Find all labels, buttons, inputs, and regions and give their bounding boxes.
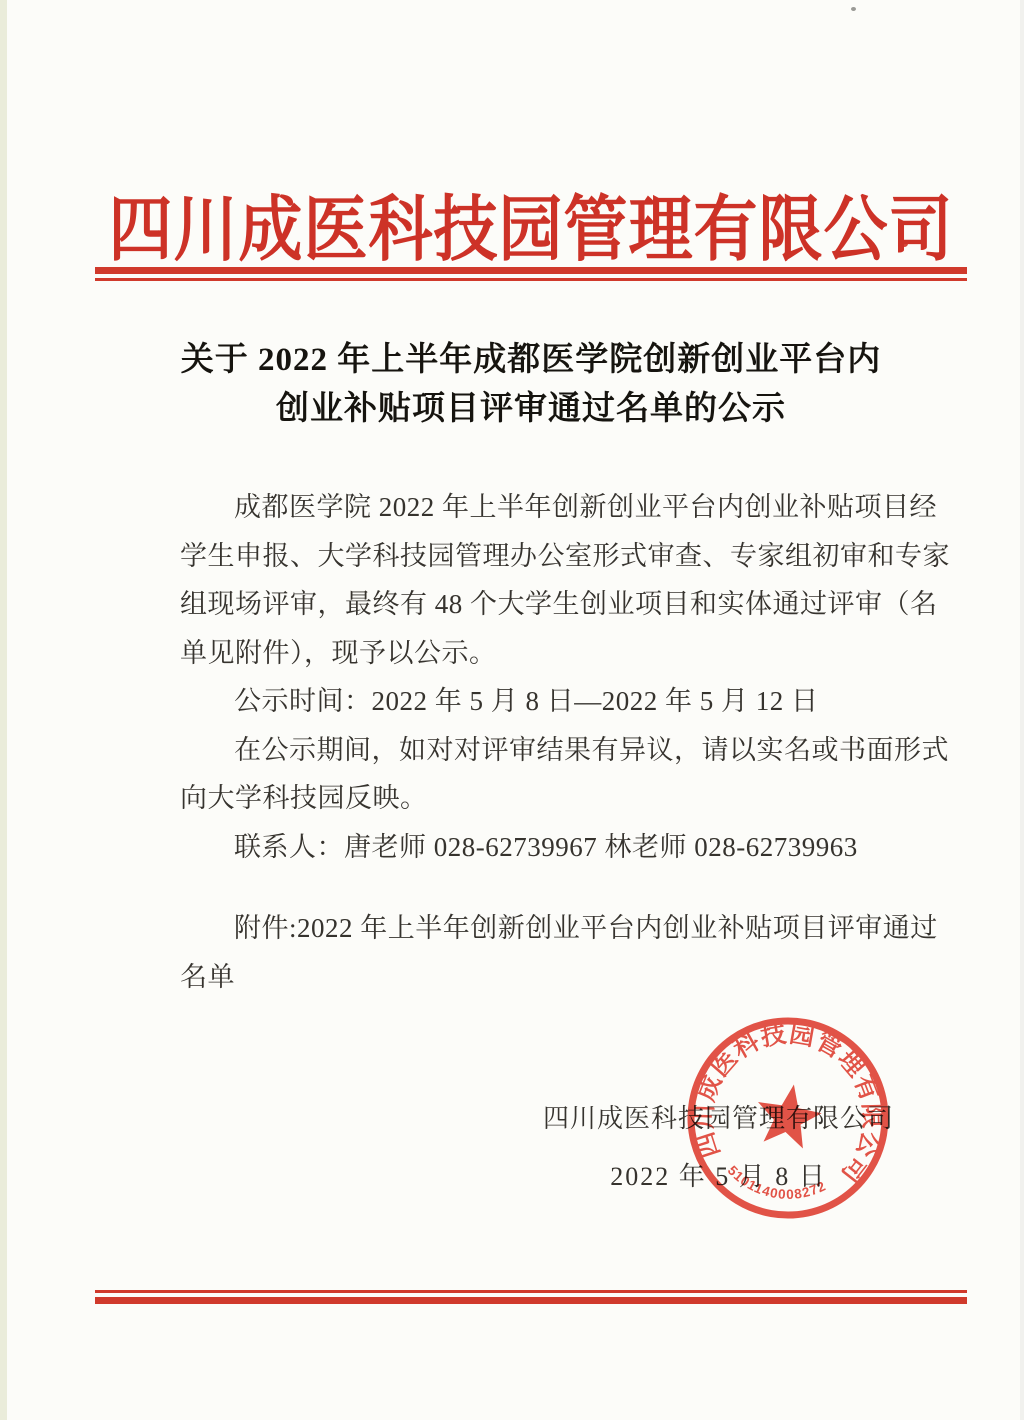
- document-title: 关于 2022 年上半年成都医学院创新创业平台内 创业补贴项目评审通过名单的公示: [95, 336, 967, 434]
- body-text-line: 联系人：唐老师 028-62739967 林老师 028-62739963: [180, 823, 936, 872]
- attachment-text-line: 名单: [180, 953, 936, 1002]
- document-title-line1: 关于 2022 年上半年成都医学院创新创业平台内: [95, 336, 967, 385]
- scan-edge-strip: [1020, 0, 1024, 1420]
- body-text-line: 公示时间：2022 年 5 月 8 日—2022 年 5 月 12 日: [180, 677, 936, 726]
- attachment-note: 附件:2022 年上半年创新创业平台内创业补贴项目评审通过名单: [180, 904, 936, 1001]
- body-text-line: 组现场评审，最终有 48 个大学生创业项目和实体通过评审（名: [180, 580, 936, 629]
- header-rule-thick: [95, 267, 967, 274]
- body-text-line: 单见附件），现予以公示。: [180, 629, 936, 678]
- scanned-document-page: 四川成医科技园管理有限公司 关于 2022 年上半年成都医学院创新创业平台内 创…: [0, 0, 1024, 1420]
- body-text-line: 在公示期间，如对对评审结果有异议，请以实名或书面形式: [180, 726, 936, 775]
- body-text-line: 成都医学院 2022 年上半年创新创业平台内创业补贴项目经: [180, 483, 936, 532]
- document-title-line2: 创业补贴项目评审通过名单的公示: [95, 385, 967, 434]
- footer-rule-thin: [95, 1290, 967, 1293]
- body-paragraphs: 成都医学院 2022 年上半年创新创业平台内创业补贴项目经学生申报、大学科技园管…: [180, 483, 936, 871]
- letterhead-company-name: 四川成医科技园管理有限公司: [95, 172, 967, 275]
- body-text-line: 向大学科技园反映。: [180, 774, 936, 823]
- seal-star-icon: [751, 1079, 825, 1151]
- official-red-seal: 四川成医科技园管理有限公司 5101140008272: [661, 991, 916, 1246]
- scan-speck: [851, 7, 856, 11]
- footer-rule-thick: [95, 1297, 967, 1304]
- header-rule-thin: [95, 278, 967, 281]
- attachment-text-line: 附件:2022 年上半年创新创业平台内创业补贴项目评审通过: [180, 904, 936, 953]
- body-text-line: 学生申报、大学科技园管理办公室形式审查、专家组初审和专家: [180, 532, 936, 581]
- scan-edge-strip: [0, 0, 7, 1420]
